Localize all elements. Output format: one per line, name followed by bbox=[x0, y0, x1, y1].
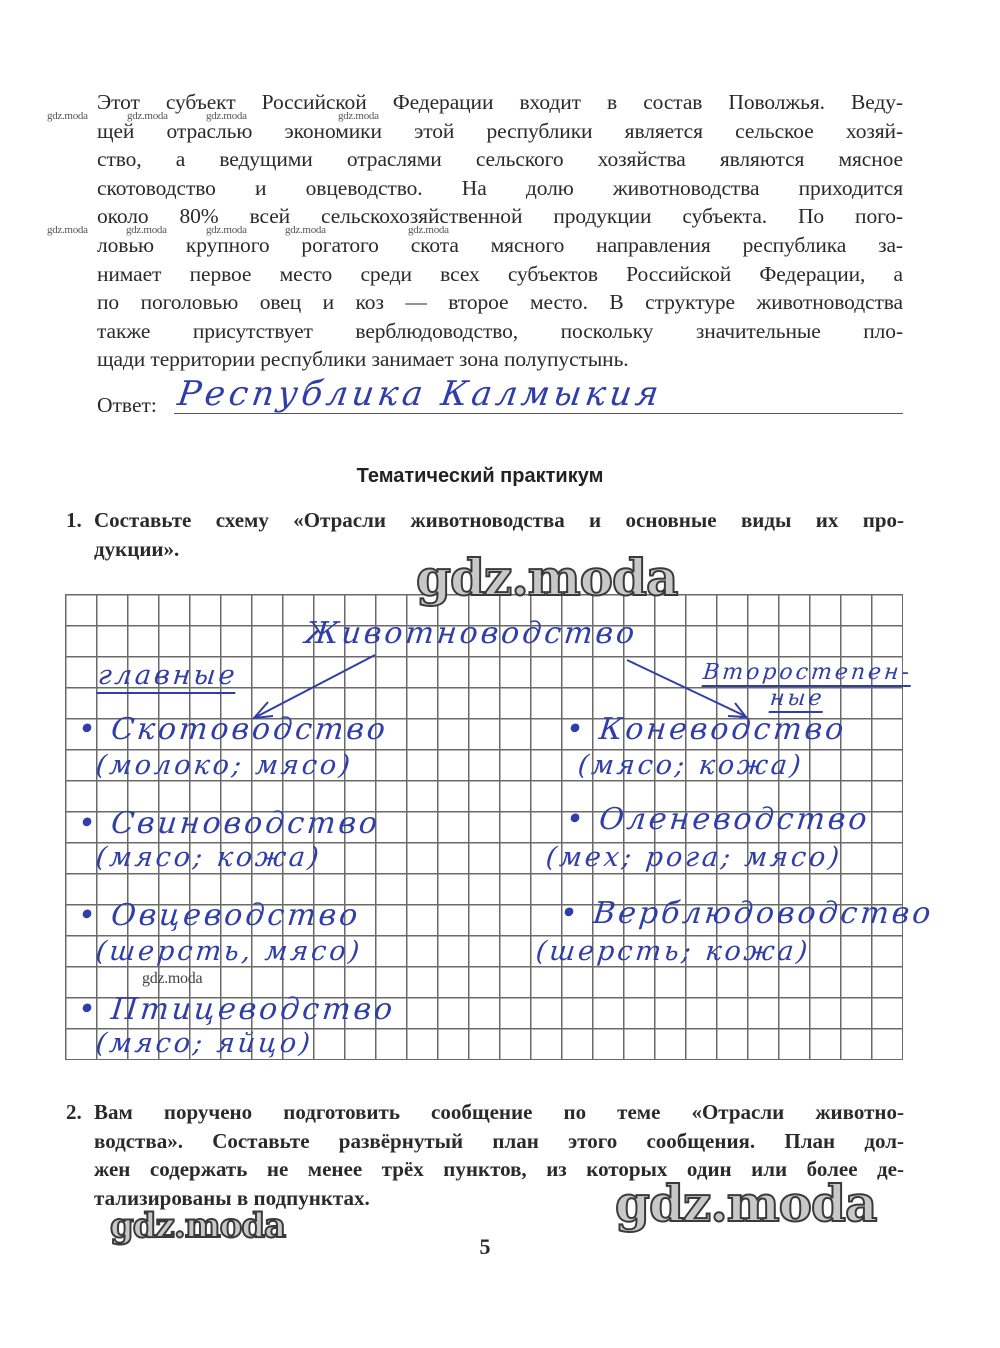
secondary-item-products: (мех; рога; мясо) bbox=[544, 842, 843, 873]
secondary-item-products: (шерсть; кожа) bbox=[534, 936, 811, 967]
main-item-products: (мясо; кожа) bbox=[94, 842, 323, 873]
main-item-name: • Скотоводство bbox=[76, 712, 390, 747]
arrow-to-main-icon bbox=[254, 655, 375, 718]
main-item-products: (молоко; мясо) bbox=[94, 750, 354, 781]
secondary-item-name: • Оленеводство bbox=[564, 802, 871, 837]
task-line: Вам поручено подготовить сообщение по те… bbox=[94, 1098, 904, 1127]
secondary-item-name: • Коневодство bbox=[564, 712, 848, 747]
secondary-item-products: (мясо; кожа) bbox=[576, 750, 805, 781]
watermark-large: gdz.moda bbox=[615, 1174, 876, 1233]
task-line: водства». Составьте развёрнутый план это… bbox=[94, 1127, 904, 1156]
main-item-name: • Овцеводство bbox=[76, 898, 362, 933]
watermark-small: gdz.moda bbox=[142, 970, 202, 988]
main-item-products: (мясо; яйцо) bbox=[94, 1028, 314, 1059]
main-item-products: (шерсть, мясо) bbox=[94, 936, 363, 967]
page-number: 5 bbox=[0, 1234, 970, 1260]
secondary-item-name: • Верблюдоводство bbox=[558, 896, 935, 931]
main-item-name: • Птицеводство bbox=[76, 992, 397, 1027]
task-number: 2. bbox=[66, 1098, 82, 1127]
main-item-name: • Свиноводство bbox=[76, 806, 382, 841]
arrow-to-secondary-icon bbox=[627, 660, 746, 717]
